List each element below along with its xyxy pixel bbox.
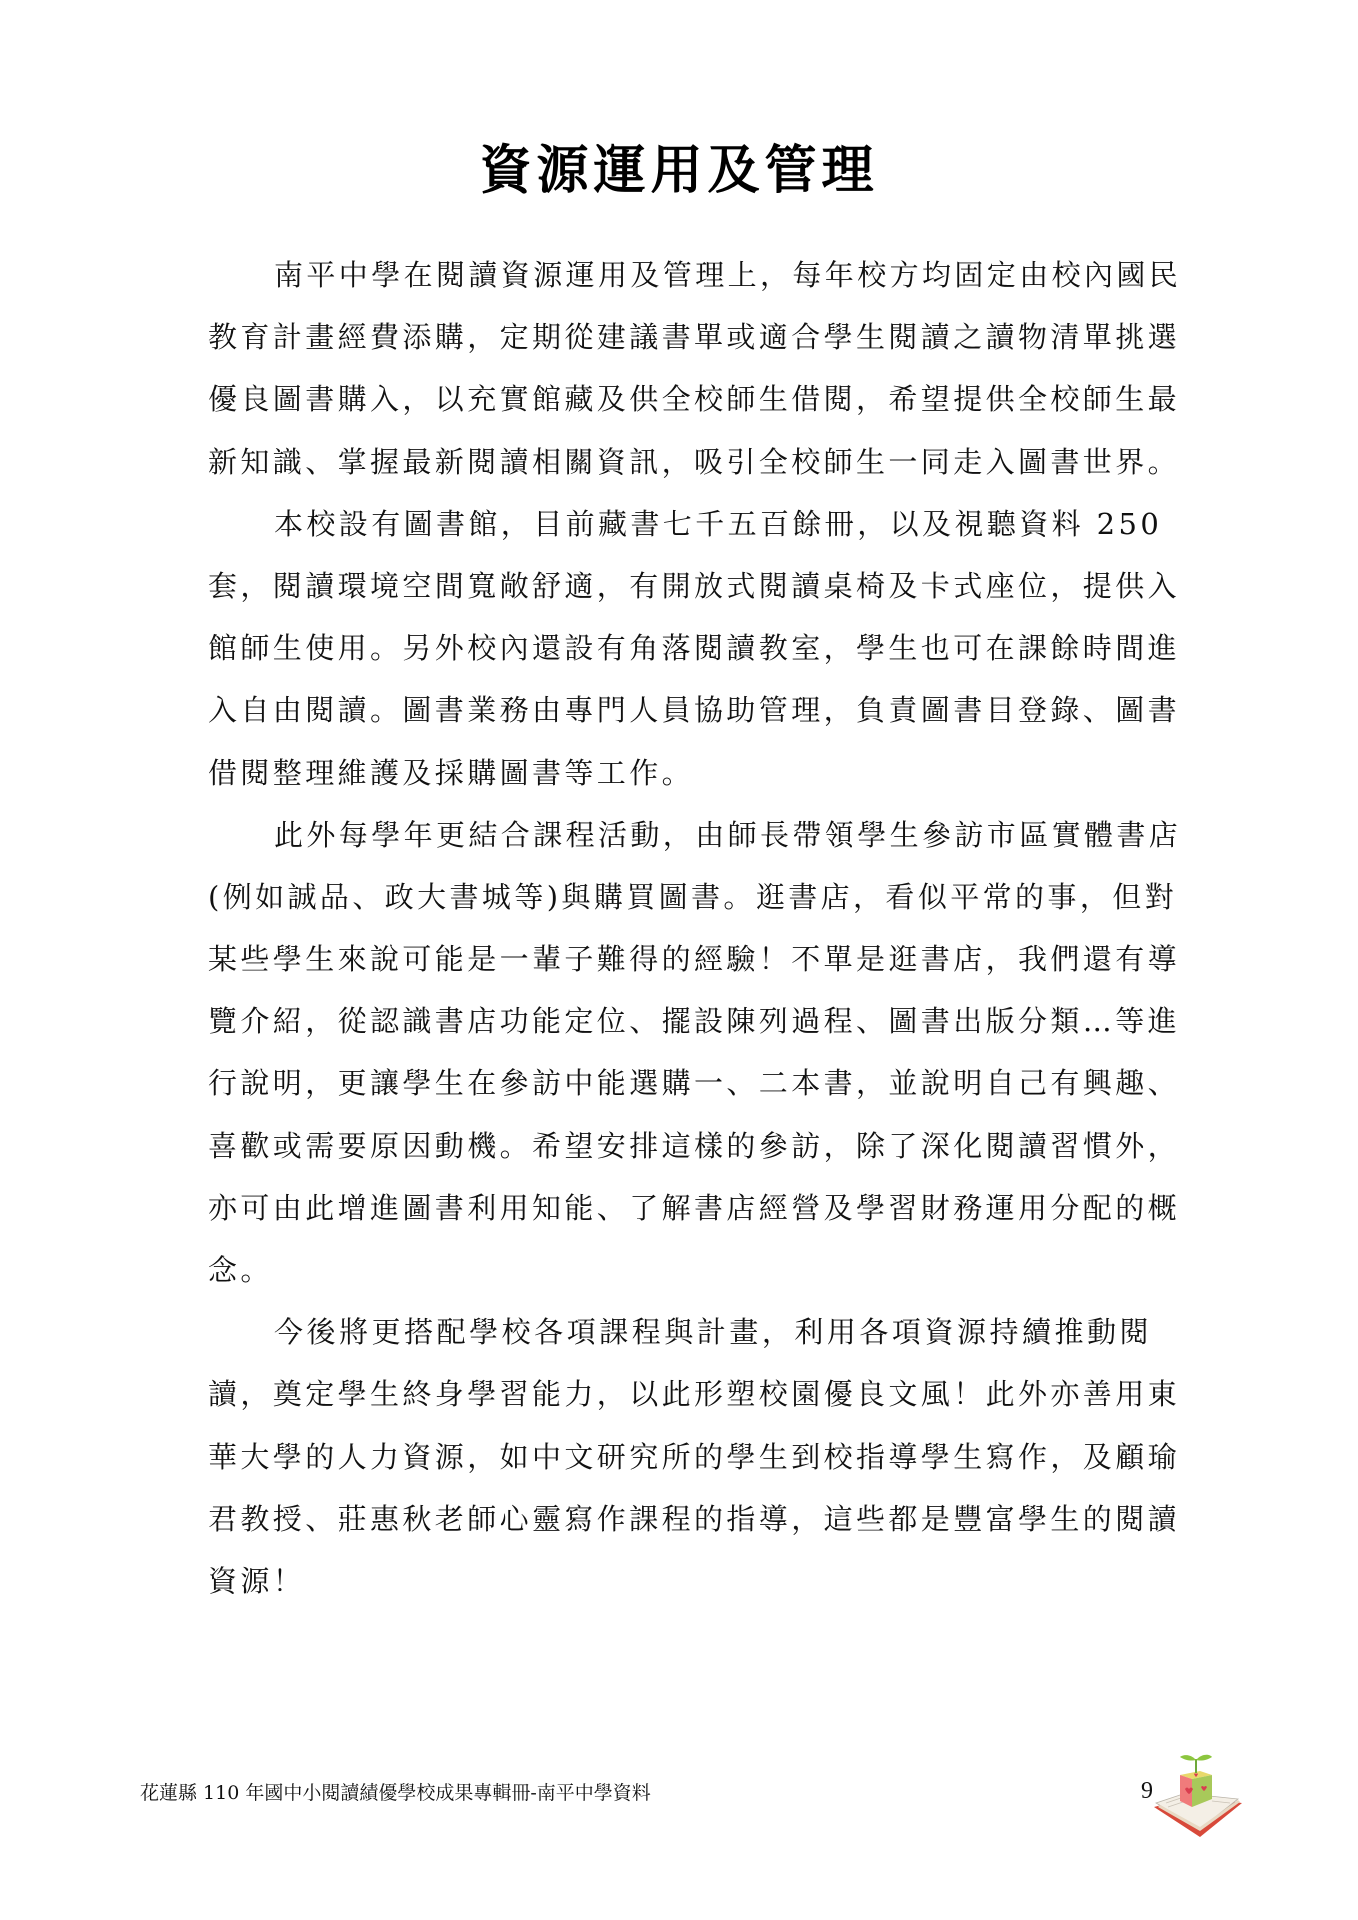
text-line: 行說明，更讓學生在參訪中能選購一、二本書，並說明自己有興趣、 <box>208 1052 1152 1114</box>
text-line: 南平中學在閱讀資源運用及管理上，每年校方均固定由校內國民 <box>208 244 1152 306</box>
document-page: 資源運用及管理 南平中學在閱讀資源運用及管理上，每年校方均固定由校內國民 教育計… <box>0 0 1358 1920</box>
text-line: 此外每學年更結合課程活動，由師長帶領學生參訪市區實體書店 <box>208 804 1152 866</box>
text-line: 本校設有圖書館，目前藏書七千五百餘冊，以及視聽資料 250 <box>208 493 1152 555</box>
text-line: 館師生使用。另外校內還設有角落閱讀教室，學生也可在課餘時間進 <box>208 617 1152 679</box>
paragraph-3: 此外每學年更結合課程活動，由師長帶領學生參訪市區實體書店 (例如誠品、政大書城等… <box>208 804 1152 1302</box>
text-line: 念。 <box>208 1239 1152 1301</box>
paragraph-4: 今後將更搭配學校各項課程與計畫，利用各項資源持續推動閱 讀，奠定學生終身學習能力… <box>208 1301 1152 1612</box>
text-line: (例如誠品、政大書城等)與購買圖書。逛書店，看似平常的事，但對 <box>208 866 1152 928</box>
text-line: 華大學的人力資源，如中文研究所的學生到校指導學生寫作，及顧瑜 <box>208 1426 1152 1488</box>
text-line: 亦可由此增進圖書利用知能、了解書店經營及學習財務運用分配的概 <box>208 1177 1152 1239</box>
book-with-sprouting-cube-icon <box>1150 1745 1250 1845</box>
text-line: 某些學生來說可能是一輩子難得的經驗！不單是逛書店，我們還有導 <box>208 928 1152 990</box>
text-line: 借閱整理維護及採購圖書等工作。 <box>208 742 1152 804</box>
text-line: 教育計畫經費添購，定期從建議書單或適合學生閱讀之讀物清單挑選 <box>208 306 1152 368</box>
text-line: 優良圖書購入，以充實館藏及供全校師生借閱，希望提供全校師生最 <box>208 368 1152 430</box>
text-line: 今後將更搭配學校各項課程與計畫，利用各項資源持續推動閱 <box>208 1301 1152 1363</box>
text-line: 套，閱讀環境空間寬敞舒適，有開放式閱讀桌椅及卡式座位，提供入 <box>208 555 1152 617</box>
page-title: 資源運用及管理 <box>0 138 1358 204</box>
document-body: 南平中學在閱讀資源運用及管理上，每年校方均固定由校內國民 教育計畫經費添購，定期… <box>208 244 1152 1612</box>
paragraph-1: 南平中學在閱讀資源運用及管理上，每年校方均固定由校內國民 教育計畫經費添購，定期… <box>208 244 1152 493</box>
footer-caption: 花蓮縣 110 年國中小閱讀績優學校成果專輯冊-南平中學資料 <box>140 1780 651 1806</box>
text-line: 讀，奠定學生終身學習能力，以此形塑校園優良文風！此外亦善用東 <box>208 1363 1152 1425</box>
text-line: 覽介紹，從認識書店功能定位、擺設陳列過程、圖書出版分類…等進 <box>208 990 1152 1052</box>
text-line: 資源！ <box>208 1550 1152 1612</box>
text-line: 入自由閱讀。圖書業務由專門人員協助管理，負責圖書目登錄、圖書 <box>208 679 1152 741</box>
text-line: 新知識、掌握最新閱讀相關資訊，吸引全校師生一同走入圖書世界。 <box>208 431 1152 493</box>
paragraph-2: 本校設有圖書館，目前藏書七千五百餘冊，以及視聽資料 250 套，閱讀環境空間寬敞… <box>208 493 1152 804</box>
text-line: 君教授、莊惠秋老師心靈寫作課程的指導，這些都是豐富學生的閱讀 <box>208 1488 1152 1550</box>
text-line: 喜歡或需要原因動機。希望安排這樣的參訪，除了深化閱讀習慣外， <box>208 1115 1152 1177</box>
